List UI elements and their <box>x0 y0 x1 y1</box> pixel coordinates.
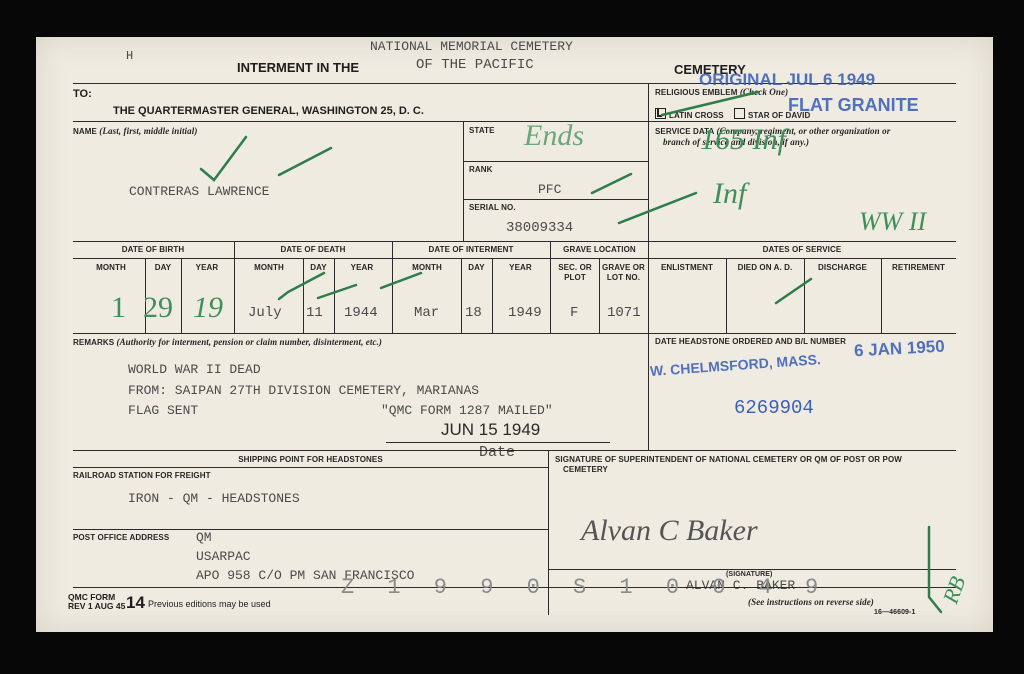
date-of-birth-label: DATE OF BIRTH <box>73 245 233 254</box>
post-office-label: POST OFFICE ADDRESS <box>73 533 169 542</box>
bl-number-stamp: 6269904 <box>734 397 814 419</box>
date-of-death-label: DATE OF DEATH <box>235 245 391 254</box>
birth-day-label: DAY <box>145 263 181 272</box>
previous-editions-note: Previous editions may be used <box>148 599 271 609</box>
birth-year-value: 19 <box>193 291 223 325</box>
service-handwritten-line2: Inf <box>713 177 746 211</box>
remarks-line3-right: "QMC FORM 1287 MAILED" <box>381 403 553 418</box>
grave-location-label: GRAVE LOCATION <box>551 245 648 254</box>
file-number-stamp: Z 1 9 9 0 S 1 0 0 4 9 <box>341 575 828 600</box>
remarks-line1: WORLD WAR II DEAD <box>128 362 261 377</box>
enlistment-label: ENLISTMENT <box>648 263 726 272</box>
jun-date-stamp: JUN 15 1949 <box>441 420 540 440</box>
death-month-value: July <box>248 305 282 321</box>
check-icon <box>201 137 246 180</box>
jan-date-stamp: 6 JAN 1950 <box>854 337 946 362</box>
form-title-prefix: INTERMENT IN THE <box>237 60 359 75</box>
state-handwritten: Ends <box>524 119 584 153</box>
birth-month-value: 1 <box>111 291 126 325</box>
chelmsford-stamp: W. CHELMSFORD, MASS. <box>649 351 821 379</box>
death-day-value: 11 <box>306 305 323 321</box>
to-label: TO: <box>73 88 92 100</box>
initials-handwritten: RB <box>938 573 972 607</box>
grave-sec-value: F <box>570 305 578 321</box>
discharge-label: DISCHARGE <box>804 263 881 272</box>
railroad-label: RAILROAD STATION FOR FREIGHT <box>73 471 211 480</box>
rank-label: RANK <box>469 165 493 174</box>
death-year-value: 1944 <box>344 305 378 321</box>
birth-day-value: 29 <box>143 291 173 325</box>
interment-day-label: DAY <box>461 263 492 272</box>
interment-year-label: YEAR <box>492 263 549 272</box>
po-line1: QM <box>196 530 212 545</box>
flat-granite-stamp: FLAT GRANITE <box>788 95 919 116</box>
state-label: STATE <box>469 126 495 135</box>
serial-label: SERIAL NO. <box>469 203 516 212</box>
interment-form-document: H INTERMENT IN THE NATIONAL MEMORIAL CEM… <box>36 37 993 632</box>
print-code: 16—46609-1 <box>874 609 915 616</box>
headstone-ordered-label: DATE HEADSTONE ORDERED AND B/L NUMBER <box>655 337 846 346</box>
dates-of-service-label: DATES OF SERVICE <box>648 245 956 254</box>
remarks-label: REMARKS (Authority for interment, pensio… <box>73 337 382 347</box>
service-handwritten-line1: 165 Inf <box>700 123 786 157</box>
shipping-point-label: SHIPPING POINT FOR HEADSTONES <box>73 455 548 464</box>
signature-label-line1: SIGNATURE OF SUPERINTENDENT OF NATIONAL … <box>555 455 902 464</box>
railroad-value: IRON - QM - HEADSTONES <box>128 491 300 506</box>
form-id: QMC FORMREV 1 AUG 45 <box>68 593 125 611</box>
birth-month-label: MONTH <box>81 263 141 272</box>
serial-value: 38009334 <box>506 220 573 236</box>
cemetery-name-line1: NATIONAL MEMORIAL CEMETERY <box>370 39 573 54</box>
interment-month-value: Mar <box>414 305 439 321</box>
signature-label-line2: CEMETERY <box>563 465 608 474</box>
interment-year-value: 1949 <box>508 305 542 321</box>
death-day-label: DAY <box>303 263 334 272</box>
star-of-david-checkbox[interactable] <box>734 108 745 119</box>
latin-cross-checkbox[interactable] <box>655 108 666 119</box>
handwritten-signature: Alvan C Baker <box>581 514 758 548</box>
form-number: 14 <box>126 593 145 613</box>
emblem-option-latin-cross[interactable]: LATIN CROSS <box>655 108 724 120</box>
died-on-ad-label: DIED ON A. D. <box>726 263 804 272</box>
remarks-line3-left: FLAG SENT <box>128 403 198 418</box>
name-value: CONTRERAS LAWRENCE <box>129 184 269 199</box>
name-label: NAME (Last, first, middle initial) <box>73 126 197 136</box>
interment-day-value: 18 <box>465 305 482 321</box>
birth-year-label: YEAR <box>181 263 233 272</box>
original-date-stamp: ORIGINAL JUL 6 1949 <box>699 70 875 90</box>
lot-no-label: GRAVE ORLOT NO. <box>599 263 648 283</box>
death-month-label: MONTH <box>236 263 302 272</box>
grave-lot-value: 1071 <box>607 305 641 321</box>
remarks-line2: FROM: SAIPAN 27TH DIVISION CEMETERY, MAR… <box>128 383 479 398</box>
sec-plot-label: SEC. ORPLOT <box>551 263 599 283</box>
retirement-label: RETIREMENT <box>881 263 956 272</box>
cemetery-name-line2: OF THE PACIFIC <box>416 57 534 73</box>
service-handwritten-line3: WW II <box>859 207 926 237</box>
addressee: THE QUARTERMASTER GENERAL, WASHINGTON 25… <box>113 105 424 117</box>
rank-value: PFC <box>538 182 561 197</box>
po-line2: USARPAC <box>196 549 251 564</box>
date-of-interment-label: DATE OF INTERMENT <box>393 245 549 254</box>
interment-month-label: MONTH <box>394 263 460 272</box>
mark-h: H <box>126 49 133 63</box>
death-year-label: YEAR <box>334 263 390 272</box>
